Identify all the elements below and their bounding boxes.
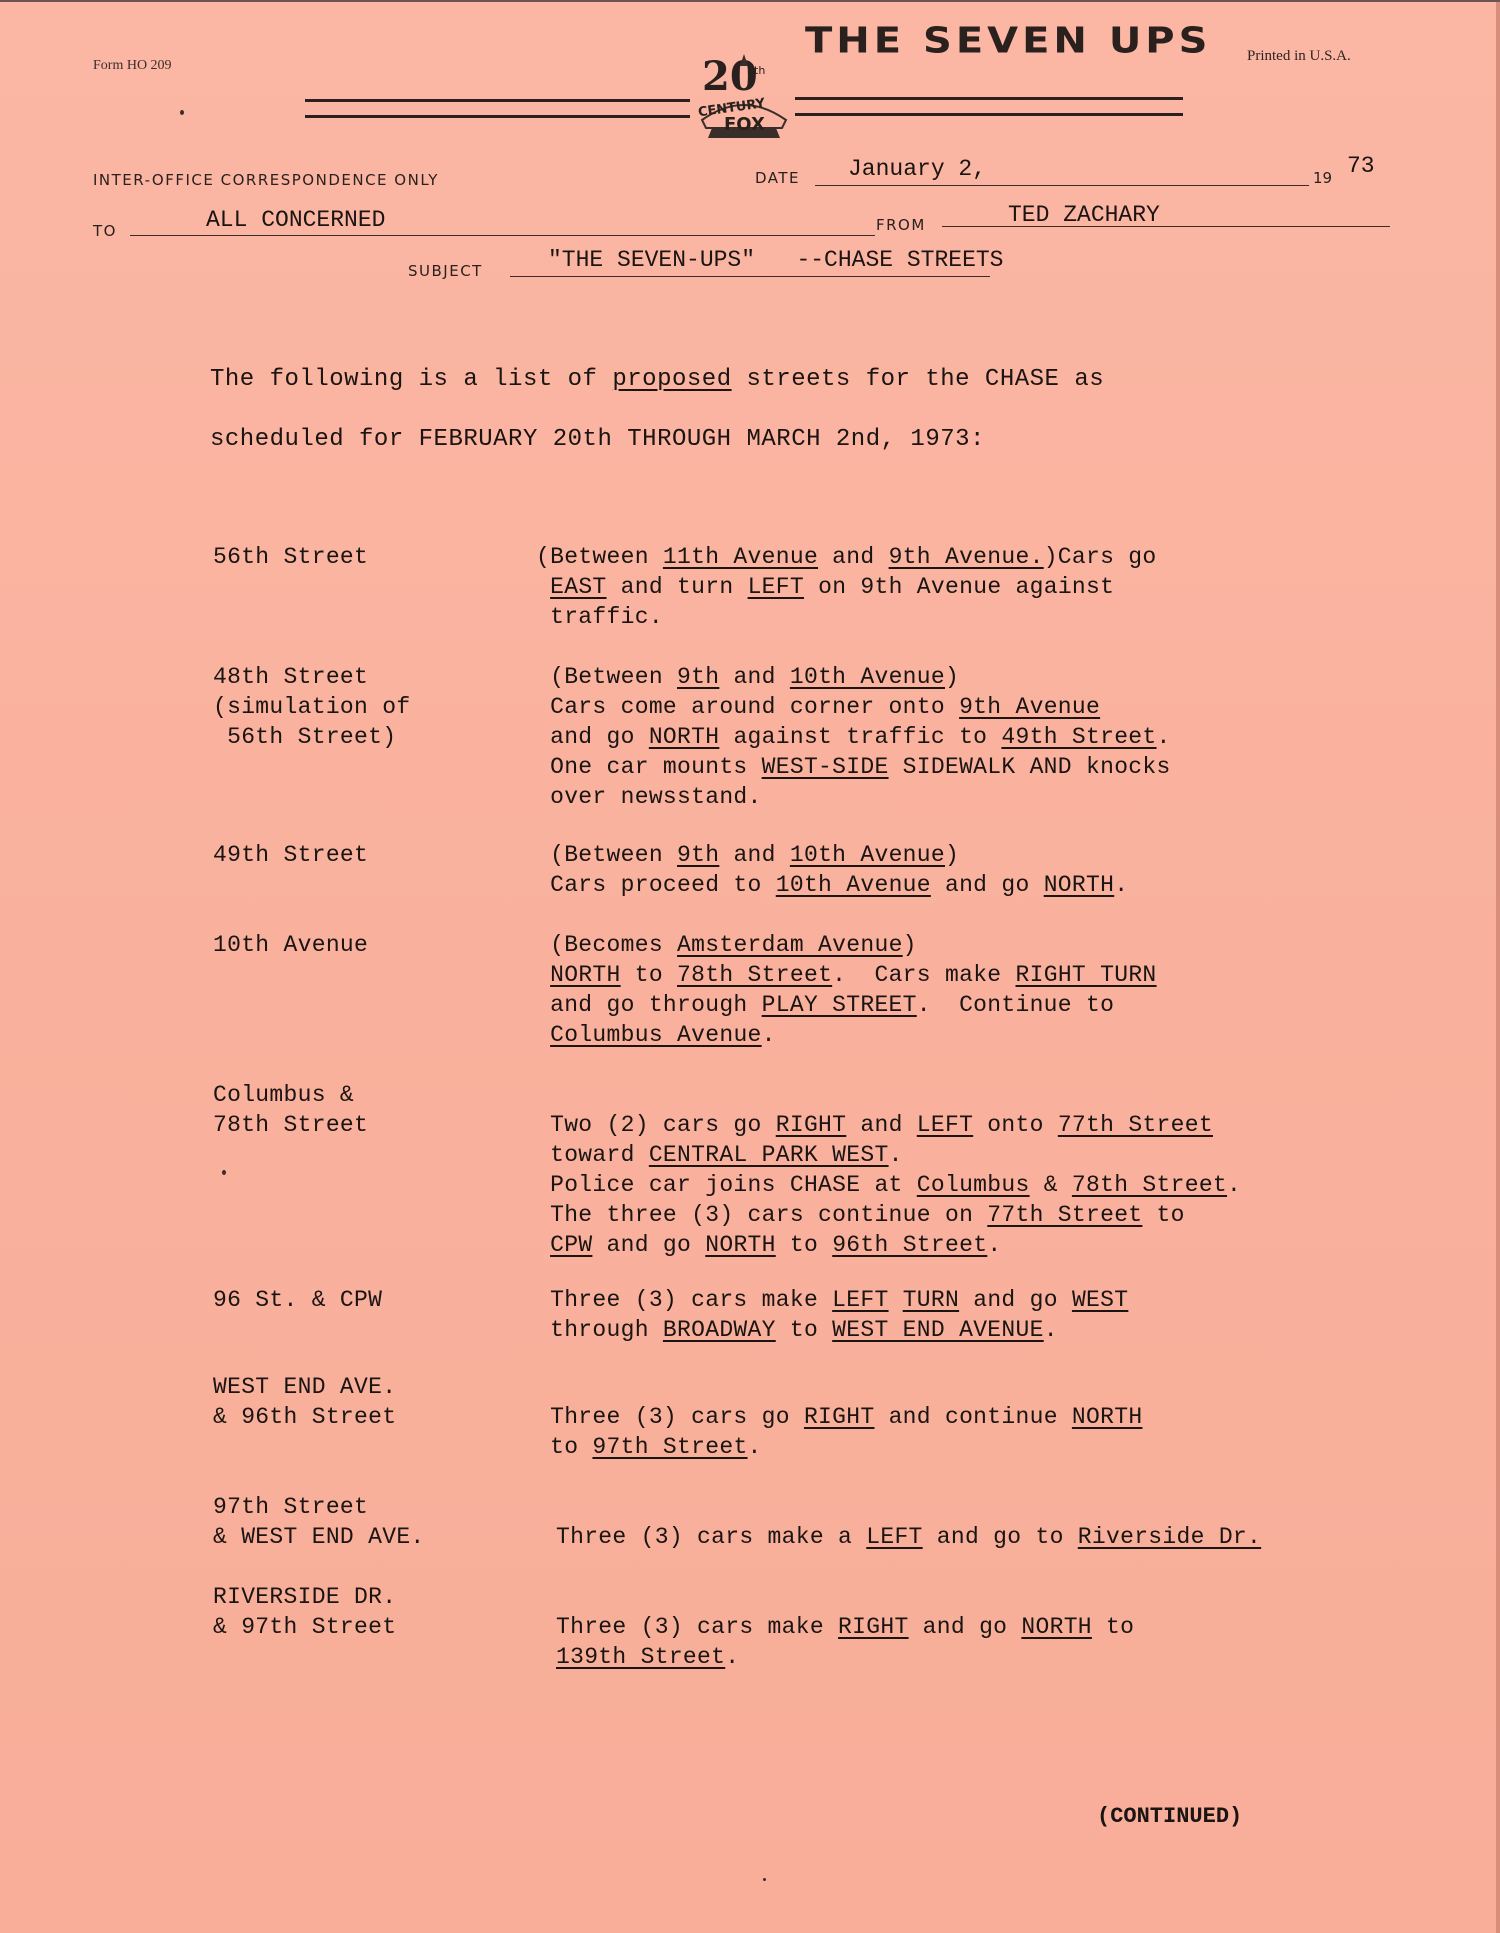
street-label: 96 St. & CPW — [213, 1285, 382, 1315]
text-run: and go — [931, 872, 1044, 898]
route-line: and go NORTH against traffic to 49th Str… — [536, 722, 1171, 752]
route-description: Three (3) cars make a LEFT and go to Riv… — [556, 1522, 1261, 1552]
underlined-text: 78th Street — [677, 962, 832, 988]
underlined-text: NORTH — [1021, 1614, 1092, 1640]
route-line: Columbus Avenue. — [536, 1020, 1157, 1050]
underlined-text: WEST END AVENUE — [832, 1317, 1044, 1343]
text-run: One car mounts — [536, 754, 762, 780]
underlined-text: RIGHT — [838, 1614, 909, 1640]
text-run: and go — [592, 1232, 705, 1258]
text-run: )Cars go — [1044, 544, 1157, 570]
text-run: The three (3) cars continue on — [536, 1202, 987, 1228]
underlined-text: CENTRAL PARK WEST — [649, 1142, 889, 1168]
underlined-text: 9th — [677, 842, 719, 868]
underlined-text: 10th Avenue — [790, 842, 945, 868]
text-run: ) — [903, 932, 917, 958]
correspondence-label: INTER-OFFICE CORRESPONDENCE ONLY — [93, 171, 439, 189]
underlined-text: LEFT — [748, 574, 804, 600]
text-run: over newsstand. — [536, 784, 762, 810]
text-run: to — [776, 1232, 832, 1258]
text-run: and — [818, 544, 889, 570]
underlined-text: WEST-SIDE — [762, 754, 889, 780]
route-description: (Between 9th and 10th Avenue) Cars proce… — [536, 840, 1128, 900]
underlined-text: 9th Avenue — [959, 694, 1100, 720]
underlined-text: proposed — [612, 366, 731, 393]
text-run: to — [776, 1317, 832, 1343]
subject-value: "THE SEVEN-UPS" --CHASE STREETS — [548, 247, 1003, 273]
text-run: . — [762, 1022, 776, 1048]
text-run: ) — [945, 664, 959, 690]
text-run: and continue — [874, 1404, 1071, 1430]
text-run: The following is a list of — [210, 366, 612, 393]
underlined-text: 49th Street — [1001, 724, 1156, 750]
underlined-text: 10th Avenue — [790, 664, 945, 690]
underlined-text: WEST — [1072, 1287, 1128, 1313]
route-line: Three (3) cars make LEFT TURN and go WES… — [536, 1285, 1128, 1315]
route-description: Three (3) cars make LEFT TURN and go WES… — [536, 1285, 1128, 1345]
text-run: (Between — [536, 544, 663, 570]
underlined-text: LEFT — [917, 1112, 973, 1138]
route-description: (Between 11th Avenue and 9th Avenue.)Car… — [536, 542, 1157, 632]
underlined-text: 77th Street — [1058, 1112, 1213, 1138]
svg-text:20: 20 — [702, 53, 758, 100]
route-line: Three (3) cars make a LEFT and go to Riv… — [556, 1522, 1261, 1552]
route-line: NORTH to 78th Street. Cars make RIGHT TU… — [536, 960, 1157, 990]
underlined-text: NORTH — [550, 962, 621, 988]
underlined-text: 9th — [677, 664, 719, 690]
route-line: (Becomes Amsterdam Avenue) — [536, 930, 1157, 960]
letterhead-rule-left-1 — [305, 99, 690, 102]
text-run: . — [1044, 1317, 1058, 1343]
studio-logo-icon: 20 th CENTURY FOX — [688, 50, 800, 140]
route-line: CPW and go NORTH to 96th Street. — [536, 1230, 1241, 1260]
street-label: 48th Street (simulation of 56th Street) — [213, 662, 410, 752]
text-run: and go — [536, 724, 649, 750]
letterhead-rule-right-2 — [795, 113, 1183, 116]
text-run: Cars come around corner onto — [536, 694, 959, 720]
street-label: WEST END AVE. & 96th Street — [213, 1372, 396, 1432]
text-run: . — [1157, 724, 1171, 750]
underlined-text: BROADWAY — [663, 1317, 776, 1343]
from-label: FROM — [876, 216, 926, 234]
underlined-text: TURN — [903, 1287, 959, 1313]
underlined-text: PLAY STREET — [762, 992, 917, 1018]
underlined-text: 97th Street — [592, 1434, 747, 1460]
text-run: and go through — [536, 992, 762, 1018]
brand-title: THE SEVEN UPS — [805, 20, 1211, 61]
street-label: RIVERSIDE DR. & 97th Street — [213, 1582, 396, 1642]
underlined-text: 139th Street — [556, 1644, 725, 1670]
text-run: to — [1142, 1202, 1184, 1228]
text-run — [536, 1022, 550, 1048]
underlined-text: Amsterdam Avenue — [677, 932, 903, 958]
underlined-text: RIGHT TURN — [1016, 962, 1157, 988]
printed-in-label: Printed in U.S.A. — [1247, 48, 1351, 65]
text-run — [536, 1232, 550, 1258]
route-description: (Becomes Amsterdam Avenue) NORTH to 78th… — [536, 930, 1157, 1050]
route-line: (Between 9th and 10th Avenue) — [536, 662, 1171, 692]
text-run: and go — [959, 1287, 1072, 1313]
text-run: onto — [973, 1112, 1058, 1138]
text-run: (Between — [536, 664, 677, 690]
text-run: . Cars make — [832, 962, 1015, 988]
text-run: Two (2) cars go — [536, 1112, 776, 1138]
route-description: Three (3) cars make RIGHT and go NORTH t… — [556, 1612, 1134, 1672]
underlined-text: Columbus — [917, 1172, 1030, 1198]
underlined-text: RIGHT — [776, 1112, 847, 1138]
text-run: ) — [945, 842, 959, 868]
route-line: (Between 9th and 10th Avenue) — [536, 840, 1128, 870]
underlined-text: NORTH — [1044, 872, 1115, 898]
form-number: Form HO 209 — [93, 58, 172, 74]
route-line: Three (3) cars go RIGHT and continue NOR… — [536, 1402, 1142, 1432]
route-line: Cars come around corner onto 9th Avenue — [536, 692, 1171, 722]
text-run: through — [536, 1317, 663, 1343]
paper-speck — [763, 1878, 766, 1881]
street-label: 97th Street & WEST END AVE. — [213, 1492, 425, 1552]
underlined-text: NORTH — [649, 724, 720, 750]
underlined-text: 10th Avenue — [776, 872, 931, 898]
text-run: Three (3) cars go — [536, 1404, 804, 1430]
text-run: SIDEWALK AND knocks — [889, 754, 1171, 780]
from-value: TED ZACHARY — [1008, 202, 1160, 228]
underlined-text: 96th Street — [832, 1232, 987, 1258]
underlined-text: 77th Street — [987, 1202, 1142, 1228]
underlined-text: 9th Avenue. — [889, 544, 1044, 570]
memo-page: Form HO 209 THE SEVEN UPS Printed in U.S… — [0, 0, 1500, 1933]
route-description: (Between 9th and 10th Avenue) Cars come … — [536, 662, 1171, 812]
text-run: & — [1030, 1172, 1072, 1198]
subject-field-line — [510, 276, 990, 277]
route-description: Two (2) cars go RIGHT and LEFT onto 77th… — [536, 1110, 1241, 1260]
route-line: over newsstand. — [536, 782, 1171, 812]
street-label: 56th Street — [213, 542, 368, 572]
underlined-text: EAST — [550, 574, 606, 600]
street-label: 49th Street — [213, 840, 368, 870]
text-run: against traffic to — [719, 724, 1001, 750]
text-run: to — [536, 1434, 592, 1460]
text-run: Three (3) cars make — [536, 1287, 832, 1313]
text-run: traffic. — [536, 604, 663, 630]
text-run: and — [719, 664, 790, 690]
text-run: streets for the CHASE as — [732, 366, 1105, 393]
underlined-text: LEFT — [832, 1287, 888, 1313]
paper-speck — [180, 110, 184, 115]
intro-line-2: scheduled for FEBRUARY 20th THROUGH MARC… — [210, 426, 985, 453]
text-run: . — [889, 1142, 903, 1168]
year-value: 73 — [1347, 153, 1375, 179]
svg-text:th: th — [754, 64, 765, 77]
underlined-text: Columbus Avenue — [550, 1022, 762, 1048]
text-run — [889, 1287, 903, 1313]
text-run: (Between — [536, 842, 677, 868]
text-run: scheduled for FEBRUARY 20th THROUGH MARC… — [210, 426, 985, 453]
text-run: Three (3) cars make — [556, 1614, 838, 1640]
underlined-text: LEFT — [866, 1524, 922, 1550]
date-label: DATE — [755, 169, 800, 187]
to-label: TO — [93, 222, 117, 240]
route-line: 139th Street. — [556, 1642, 1134, 1672]
letterhead-rule-left-2 — [305, 115, 690, 118]
text-run: . — [1114, 872, 1128, 898]
route-line: through BROADWAY to WEST END AVENUE. — [536, 1315, 1128, 1345]
route-line: (Between 11th Avenue and 9th Avenue.)Car… — [536, 542, 1157, 572]
underlined-text: CPW — [550, 1232, 592, 1258]
subject-label: SUBJECT — [408, 262, 483, 280]
text-run: . — [1227, 1172, 1241, 1198]
underlined-text: NORTH — [705, 1232, 776, 1258]
text-run: to — [1092, 1614, 1134, 1640]
text-run: toward — [536, 1142, 649, 1168]
to-value: ALL CONCERNED — [206, 207, 385, 233]
continued-label: (CONTINUED) — [1097, 1804, 1242, 1829]
text-run: and — [719, 842, 790, 868]
route-line: EAST and turn LEFT on 9th Avenue against — [536, 572, 1157, 602]
text-run: Police car joins CHASE at — [536, 1172, 917, 1198]
street-label: 10th Avenue — [213, 930, 368, 960]
paper-edge — [1496, 2, 1500, 1933]
underlined-text: 78th Street — [1072, 1172, 1227, 1198]
text-run: Cars proceed to — [536, 872, 776, 898]
street-label: Columbus & 78th Street — [213, 1080, 368, 1140]
route-line: traffic. — [536, 602, 1157, 632]
text-run: (Becomes — [536, 932, 677, 958]
date-value: January 2, — [848, 156, 986, 182]
svg-text:FOX: FOX — [724, 114, 765, 135]
route-line: Two (2) cars go RIGHT and LEFT onto 77th… — [536, 1110, 1241, 1140]
route-description: Three (3) cars go RIGHT and continue NOR… — [536, 1402, 1142, 1462]
text-run: on 9th Avenue against — [804, 574, 1114, 600]
date-field-line — [815, 185, 1309, 186]
route-line: Cars proceed to 10th Avenue and go NORTH… — [536, 870, 1128, 900]
text-run: . Continue to — [917, 992, 1114, 1018]
text-run: . — [725, 1644, 739, 1670]
route-line: The three (3) cars continue on 77th Stre… — [536, 1200, 1241, 1230]
intro-line-1: The following is a list of proposed stre… — [210, 366, 1104, 393]
route-line: toward CENTRAL PARK WEST. — [536, 1140, 1241, 1170]
route-line: Three (3) cars make RIGHT and go NORTH t… — [556, 1612, 1134, 1642]
text-run: and go — [909, 1614, 1022, 1640]
year-prefix: 19 — [1313, 169, 1332, 187]
text-run: to — [621, 962, 677, 988]
text-run: . — [748, 1434, 762, 1460]
text-run — [536, 574, 550, 600]
underlined-text: RIGHT — [804, 1404, 875, 1430]
text-run: and turn — [607, 574, 748, 600]
paper-speck — [222, 1170, 226, 1175]
underlined-text: NORTH — [1072, 1404, 1143, 1430]
route-line: to 97th Street. — [536, 1432, 1142, 1462]
to-field-line — [130, 235, 875, 236]
route-line: One car mounts WEST-SIDE SIDEWALK AND kn… — [536, 752, 1171, 782]
text-run: . — [987, 1232, 1001, 1258]
underlined-text: 11th Avenue — [663, 544, 818, 570]
text-run — [536, 962, 550, 988]
text-run: and — [846, 1112, 917, 1138]
text-run: and go to — [923, 1524, 1078, 1550]
text-run: Three (3) cars make a — [556, 1524, 866, 1550]
letterhead-rule-right-1 — [795, 97, 1183, 100]
underlined-text: Riverside Dr. — [1078, 1524, 1261, 1550]
route-line: Police car joins CHASE at Columbus & 78t… — [536, 1170, 1241, 1200]
route-line: and go through PLAY STREET. Continue to — [536, 990, 1157, 1020]
